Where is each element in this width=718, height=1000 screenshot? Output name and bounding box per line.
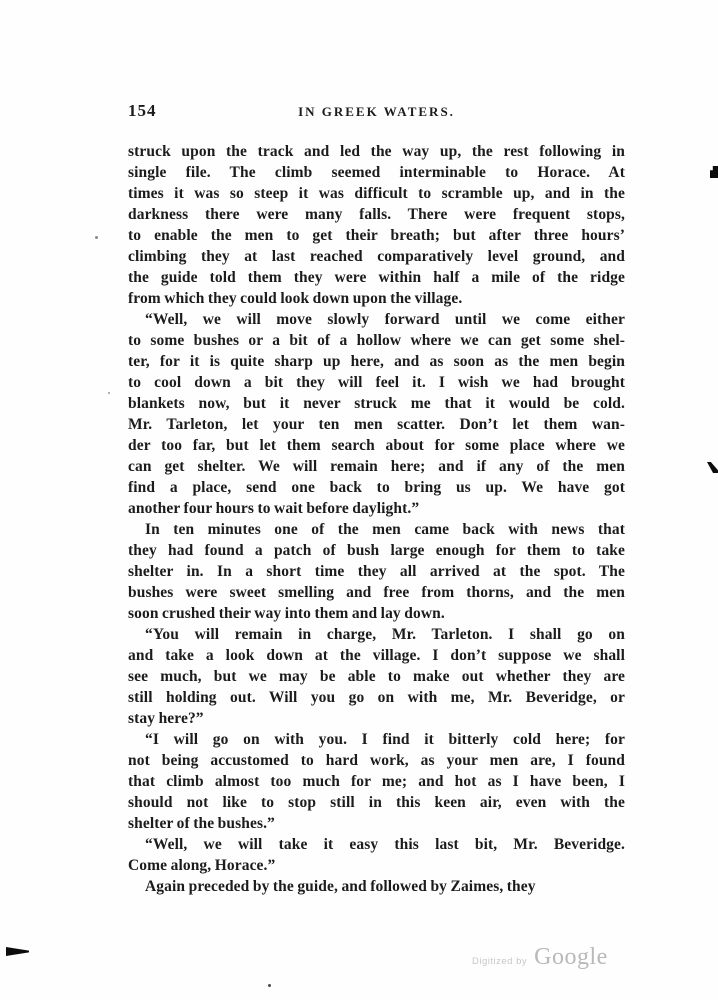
scan-speck <box>268 984 271 987</box>
text-line: to enable the men to get their breath; b… <box>128 225 625 246</box>
text-line: from which they could look down upon the… <box>128 288 625 309</box>
text-line: single file. The climb seemed interminab… <box>128 162 625 183</box>
text-line: to cool down a bit they will feel it. I … <box>128 372 625 393</box>
text-line: see much, but we may be able to make out… <box>128 666 625 687</box>
text-line: “I will go on with you. I find it bitter… <box>128 729 625 750</box>
scan-artifact-right-mid <box>707 462 718 473</box>
text-line: darkness there were many falls. There we… <box>128 204 625 225</box>
text-line: “Well, we will move slowly forward until… <box>128 309 625 330</box>
text-line: Again preceded by the guide, and followe… <box>128 876 625 897</box>
scan-speck <box>95 236 98 239</box>
text-line: soon crushed their way into them and lay… <box>128 603 625 624</box>
text-line: shelter in. In a short time they all arr… <box>128 561 625 582</box>
text-line: bushes were sweet smelling and free from… <box>128 582 625 603</box>
text-line: stay here?” <box>128 708 625 729</box>
text-line: In ten minutes one of the men came back … <box>128 519 625 540</box>
scan-artifact-right-top <box>710 166 718 178</box>
text-line: “Well, we will take it easy this last bi… <box>128 834 625 855</box>
scan-artifact-bottom-left <box>6 947 29 956</box>
text-line: another four hours to wait before daylig… <box>128 498 625 519</box>
text-line: struck upon the track and led the way up… <box>128 141 625 162</box>
text-line: the guide told them they were within hal… <box>128 267 625 288</box>
watermark: Digitized by Google <box>472 944 608 971</box>
running-header: IN GREEK WATERS. <box>128 104 625 120</box>
google-logo: Google <box>534 944 608 971</box>
text-line: Mr. Tarleton, let your ten men scatter. … <box>128 414 625 435</box>
text-line: that climb almost too much for me; and h… <box>128 771 625 792</box>
text-line: Come along, Horace.” <box>128 855 625 876</box>
text-line: ter, for it is quite sharp up here, and … <box>128 351 625 372</box>
scanned-book-page: 154 IN GREEK WATERS. struck upon the tra… <box>0 0 718 1000</box>
digitized-by-label: Digitized by <box>472 956 527 967</box>
text-line: should not like to stop still in this ke… <box>128 792 625 813</box>
scan-speck <box>108 392 110 394</box>
text-line: can get shelter. We will remain here; an… <box>128 456 625 477</box>
text-line: not being accustomed to hard work, as yo… <box>128 750 625 771</box>
text-line: find a place, send one back to bring us … <box>128 477 625 498</box>
body-text: struck upon the track and led the way up… <box>128 141 625 897</box>
text-line: times it was so steep it was difficult t… <box>128 183 625 204</box>
text-line: they had found a patch of bush large eno… <box>128 540 625 561</box>
text-line: blankets now, but it never struck me tha… <box>128 393 625 414</box>
text-line: to some bushes or a bit of a hollow wher… <box>128 330 625 351</box>
text-line: and take a look down at the village. I d… <box>128 645 625 666</box>
text-line: climbing they at last reached comparativ… <box>128 246 625 267</box>
text-line: der too far, but let them search about f… <box>128 435 625 456</box>
text-line: “You will remain in charge, Mr. Tarleton… <box>128 624 625 645</box>
text-line: shelter of the bushes.” <box>128 813 625 834</box>
text-line: still holding out. Will you go on with m… <box>128 687 625 708</box>
